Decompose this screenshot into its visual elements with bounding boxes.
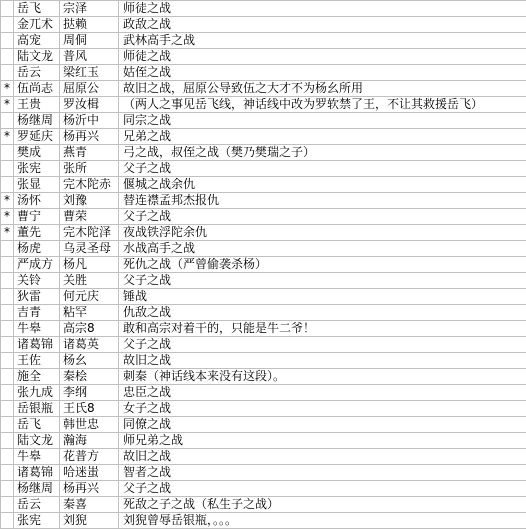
- marker-cell[interactable]: [1, 321, 14, 336]
- desc-cell[interactable]: 父子之战: [119, 161, 526, 176]
- marker-cell[interactable]: [1, 65, 14, 80]
- name2-cell[interactable]: 完木陀赤: [60, 177, 119, 192]
- desc-cell[interactable]: 替连襟孟邦杰报仇: [119, 193, 526, 208]
- name1-cell[interactable]: 牛皋: [14, 321, 60, 336]
- name2-cell[interactable]: 杨沂中: [60, 113, 119, 128]
- marker-cell[interactable]: [1, 369, 14, 384]
- desc-cell[interactable]: 忠臣之战: [119, 385, 526, 400]
- marker-cell[interactable]: [1, 385, 14, 400]
- name2-cell[interactable]: 瀚海: [60, 433, 119, 448]
- name2-cell[interactable]: 何元庆: [60, 289, 119, 304]
- marker-cell[interactable]: [1, 289, 14, 304]
- table-row: 樊成燕青弓之战，叔侄之战（樊乃樊瑞之子）: [1, 145, 526, 161]
- desc-cell[interactable]: 武林高手之战: [119, 33, 526, 48]
- table-row: 高宠周侗武林高手之战: [1, 33, 526, 49]
- name2-cell[interactable]: 周侗: [60, 33, 119, 48]
- name2-cell[interactable]: 宗泽: [60, 1, 119, 16]
- desc-cell[interactable]: 同宗之战: [119, 113, 526, 128]
- marker-cell[interactable]: [1, 177, 14, 192]
- name2-cell[interactable]: 乌灵圣母: [60, 241, 119, 256]
- name2-cell[interactable]: 秦桧: [60, 369, 119, 384]
- name1-cell[interactable]: 曹宁: [14, 209, 60, 224]
- table-row: 牛皋花普方故旧之战: [1, 449, 526, 465]
- name2-cell[interactable]: 关胜: [60, 273, 119, 288]
- marker-cell[interactable]: [1, 273, 14, 288]
- table-row: 关铃关胜父子之战: [1, 273, 526, 289]
- table-row: 岳云秦喜死敌之子之战（私生子之战）: [1, 497, 526, 513]
- table-row: 诸葛锦哈迷蚩智者之战: [1, 465, 526, 481]
- name2-cell[interactable]: 李纲: [60, 385, 119, 400]
- desc-cell[interactable]: 父子之战: [119, 481, 526, 496]
- marker-cell[interactable]: [1, 161, 14, 176]
- table-row: 张宪张所父子之战: [1, 161, 526, 177]
- desc-cell[interactable]: 故旧之战: [119, 449, 526, 464]
- name1-cell[interactable]: 诸葛锦: [14, 465, 60, 480]
- marker-cell[interactable]: *: [1, 97, 14, 112]
- table-row: 牛皋高宗8敢和高宗对着干的，只能是牛二爷！: [1, 321, 526, 337]
- desc-cell[interactable]: 夜战铁浮陀余仇: [119, 225, 526, 240]
- name2-cell[interactable]: 刘猊: [60, 513, 119, 528]
- name1-cell[interactable]: 杨继周: [14, 113, 60, 128]
- name1-cell[interactable]: 樊成: [14, 145, 60, 160]
- table-row: 诸葛锦诸葛英父子之战: [1, 337, 526, 353]
- name2-cell[interactable]: 王氏8: [60, 401, 119, 416]
- name1-cell[interactable]: 施全: [14, 369, 60, 384]
- marker-cell[interactable]: [1, 433, 14, 448]
- name2-cell[interactable]: 普风: [60, 49, 119, 64]
- desc-cell[interactable]: 死敌之子之战（私生子之战）: [119, 497, 526, 512]
- name1-cell[interactable]: 岳银瓶: [14, 401, 60, 416]
- marker-cell[interactable]: [1, 113, 14, 128]
- name2-cell[interactable]: 曹荣: [60, 209, 119, 224]
- name1-cell[interactable]: 陆文龙: [14, 433, 60, 448]
- table-row: 张显完木陀赤偃城之战余仇: [1, 177, 526, 193]
- desc-cell[interactable]: （两人之事见岳飞线，神话线中改为罗软禁了王，不让其救援岳飞）: [119, 97, 526, 112]
- table-row: 杨继周杨沂中同宗之战: [1, 113, 526, 129]
- desc-cell[interactable]: 师兄弟之战: [119, 433, 526, 448]
- name1-cell[interactable]: 金兀术: [14, 17, 60, 32]
- desc-cell[interactable]: 父子之战: [119, 209, 526, 224]
- marker-cell[interactable]: [1, 33, 14, 48]
- table-row: 岳云梁红玉姑侄之战: [1, 65, 526, 81]
- table-row: 施全秦桧刺秦（神话线本来没有这段）。: [1, 369, 526, 385]
- name1-cell[interactable]: 张九成: [14, 385, 60, 400]
- name2-cell[interactable]: 高宗8: [60, 321, 119, 336]
- marker-cell[interactable]: [1, 417, 14, 432]
- desc-cell[interactable]: 父子之战: [119, 273, 526, 288]
- desc-cell[interactable]: 仇敌之战: [119, 305, 526, 320]
- name2-cell[interactable]: 挞赖: [60, 17, 119, 32]
- desc-cell[interactable]: 敢和高宗对着干的，只能是牛二爷！: [119, 321, 526, 336]
- table-row: 杨虎乌灵圣母水战高手之战: [1, 241, 526, 257]
- name1-cell[interactable]: 岳飞: [14, 1, 60, 16]
- marker-cell[interactable]: [1, 401, 14, 416]
- table-row: 岳飞宗泽师徒之战: [1, 1, 526, 17]
- table-row: 张宪刘猊刘猊曾辱岳银瓶，。。。: [1, 513, 526, 529]
- desc-cell[interactable]: 智者之战: [119, 465, 526, 480]
- name1-cell[interactable]: 伍尚志: [14, 81, 60, 96]
- marker-cell[interactable]: [1, 337, 14, 352]
- battle-table: 岳飞宗泽师徒之战金兀术挞赖政敌之战高宠周侗武林高手之战陆文龙普风师徒之战岳云梁红…: [0, 0, 526, 529]
- marker-cell[interactable]: *: [1, 129, 14, 144]
- table-row: 陆文龙普风师徒之战: [1, 49, 526, 65]
- marker-cell[interactable]: [1, 497, 14, 512]
- marker-cell[interactable]: [1, 17, 14, 32]
- marker-cell[interactable]: [1, 353, 14, 368]
- table-row: 金兀术挞赖政敌之战: [1, 17, 526, 33]
- desc-cell[interactable]: 兄弟之战: [119, 129, 526, 144]
- desc-cell[interactable]: 偃城之战余仇: [119, 177, 526, 192]
- marker-cell[interactable]: *: [1, 81, 14, 96]
- name2-cell[interactable]: 梁红玉: [60, 65, 119, 80]
- table-row: 岳飞韩世忠同僚之战: [1, 417, 526, 433]
- table-row: 张九成李纲忠臣之战: [1, 385, 526, 401]
- marker-cell[interactable]: [1, 241, 14, 256]
- name1-cell[interactable]: 董先: [14, 225, 60, 240]
- name2-cell[interactable]: 哈迷蚩: [60, 465, 119, 480]
- table-row: *董先完木陀泽夜战铁浮陀余仇: [1, 225, 526, 241]
- desc-cell[interactable]: 女子之战: [119, 401, 526, 416]
- name1-cell[interactable]: 岳飞: [14, 417, 60, 432]
- name2-cell[interactable]: 韩世忠: [60, 417, 119, 432]
- desc-cell[interactable]: 水战高手之战: [119, 241, 526, 256]
- name1-cell[interactable]: 严成方: [14, 257, 60, 272]
- name1-cell[interactable]: 陆文龙: [14, 49, 60, 64]
- name2-cell[interactable]: 屈原公: [60, 81, 119, 96]
- name1-cell[interactable]: 汤怀: [14, 193, 60, 208]
- table-row: *罗延庆杨再兴兄弟之战: [1, 129, 526, 145]
- marker-cell[interactable]: [1, 305, 14, 320]
- desc-cell[interactable]: 师徒之战: [119, 49, 526, 64]
- name2-cell[interactable]: 杨再兴: [60, 129, 119, 144]
- name2-cell[interactable]: 燕青: [60, 145, 119, 160]
- marker-cell[interactable]: [1, 49, 14, 64]
- name2-cell[interactable]: 完木陀泽: [60, 225, 119, 240]
- marker-cell[interactable]: [1, 465, 14, 480]
- name1-cell[interactable]: 吉青: [14, 305, 60, 320]
- name2-cell[interactable]: 杨凡: [60, 257, 119, 272]
- name2-cell[interactable]: 秦喜: [60, 497, 119, 512]
- marker-cell[interactable]: *: [1, 209, 14, 224]
- desc-cell[interactable]: 父子之战: [119, 337, 526, 352]
- desc-cell[interactable]: 死仇之战（严曾偷袭杀杨）: [119, 257, 526, 272]
- table-row: *曹宁曹荣父子之战: [1, 209, 526, 225]
- name2-cell[interactable]: 杨再兴: [60, 481, 119, 496]
- desc-cell[interactable]: 刘猊曾辱岳银瓶，。。。: [119, 513, 526, 528]
- name1-cell[interactable]: 杨虎: [14, 241, 60, 256]
- name1-cell[interactable]: 狄雷: [14, 289, 60, 304]
- name1-cell[interactable]: 诸葛锦: [14, 337, 60, 352]
- name1-cell[interactable]: 王佐: [14, 353, 60, 368]
- table-row: 陆文龙瀚海师兄弟之战: [1, 433, 526, 449]
- desc-cell[interactable]: 故旧之战，屈原公导致伍之大才不为杨幺所用: [119, 81, 526, 96]
- table-row: 狄雷何元庆锤战: [1, 289, 526, 305]
- marker-cell[interactable]: [1, 481, 14, 496]
- name2-cell[interactable]: 罗汝楫: [60, 97, 119, 112]
- marker-cell[interactable]: *: [1, 193, 14, 208]
- desc-cell[interactable]: 同僚之战: [119, 417, 526, 432]
- desc-cell[interactable]: 弓之战，叔侄之战（樊乃樊瑞之子）: [119, 145, 526, 160]
- marker-cell[interactable]: [1, 257, 14, 272]
- name2-cell[interactable]: 张所: [60, 161, 119, 176]
- table-row: *王贵罗汝楫（两人之事见岳飞线，神话线中改为罗软禁了王，不让其救援岳飞）: [1, 97, 526, 113]
- name1-cell[interactable]: 罗延庆: [14, 129, 60, 144]
- table-row: 严成方杨凡死仇之战（严曾偷袭杀杨）: [1, 257, 526, 273]
- table-row: 岳银瓶王氏8女子之战: [1, 401, 526, 417]
- desc-cell[interactable]: 师徒之战: [119, 1, 526, 16]
- name2-cell[interactable]: 刘豫: [60, 193, 119, 208]
- desc-cell[interactable]: 锤战: [119, 289, 526, 304]
- marker-cell[interactable]: [1, 449, 14, 464]
- marker-cell[interactable]: *: [1, 225, 14, 240]
- desc-cell[interactable]: 故旧之战: [119, 353, 526, 368]
- name1-cell[interactable]: 关铃: [14, 273, 60, 288]
- name1-cell[interactable]: 张宪: [14, 513, 60, 528]
- table-row: 王佐杨幺故旧之战: [1, 353, 526, 369]
- marker-cell[interactable]: [1, 513, 14, 528]
- name2-cell[interactable]: 杨幺: [60, 353, 119, 368]
- name2-cell[interactable]: 粘罕: [60, 305, 119, 320]
- name2-cell[interactable]: 花普方: [60, 449, 119, 464]
- desc-cell[interactable]: 政敌之战: [119, 17, 526, 32]
- desc-cell[interactable]: 姑侄之战: [119, 65, 526, 80]
- name1-cell[interactable]: 张显: [14, 177, 60, 192]
- marker-cell[interactable]: [1, 1, 14, 16]
- desc-cell[interactable]: 刺秦（神话线本来没有这段）。: [119, 369, 526, 384]
- name1-cell[interactable]: 张宪: [14, 161, 60, 176]
- table-row: *汤怀刘豫替连襟孟邦杰报仇: [1, 193, 526, 209]
- name1-cell[interactable]: 高宠: [14, 33, 60, 48]
- name2-cell[interactable]: 诸葛英: [60, 337, 119, 352]
- name1-cell[interactable]: 岳云: [14, 497, 60, 512]
- name1-cell[interactable]: 牛皋: [14, 449, 60, 464]
- name1-cell[interactable]: 杨继周: [14, 481, 60, 496]
- name1-cell[interactable]: 王贵: [14, 97, 60, 112]
- table-row: 杨继周杨再兴父子之战: [1, 481, 526, 497]
- marker-cell[interactable]: [1, 145, 14, 160]
- table-row: *伍尚志屈原公故旧之战，屈原公导致伍之大才不为杨幺所用: [1, 81, 526, 97]
- name1-cell[interactable]: 岳云: [14, 65, 60, 80]
- table-row: 吉青粘罕仇敌之战: [1, 305, 526, 321]
